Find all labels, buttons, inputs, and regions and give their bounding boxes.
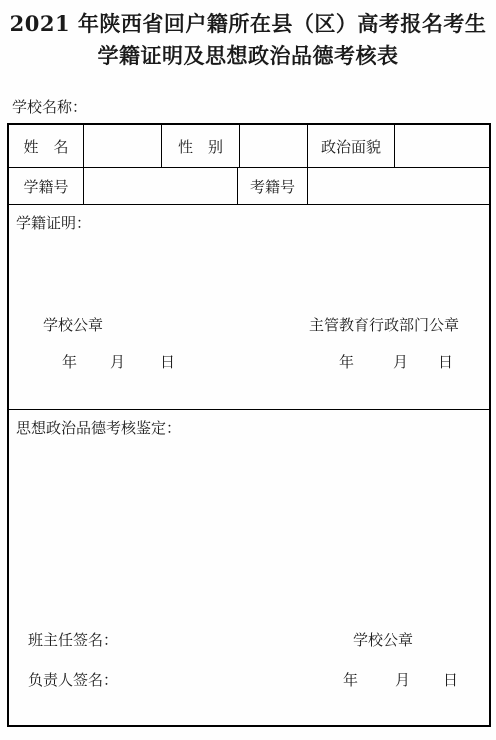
day-label: 日 bbox=[443, 669, 458, 690]
head-teacher-signature-field: 班主任签名： bbox=[28, 629, 118, 650]
political-status-label: 政治面貌 bbox=[308, 125, 395, 167]
month-label: 月 bbox=[395, 669, 410, 690]
enrollment-date-right: 年 月 日 bbox=[9, 351, 489, 371]
gender-value-cell bbox=[240, 125, 308, 167]
document-title-line1: 2021 年陕西省回户籍所在县（区）高考报名考生 bbox=[0, 8, 496, 40]
school-name-label: 学校名称： bbox=[12, 98, 87, 116]
enrollment-certificate-section: 学籍证明： 学校公章 主管教育行政部门公章 年 月 日 年 月 日 bbox=[9, 205, 489, 410]
exam-id-value-cell bbox=[308, 168, 489, 204]
document-title: 2021 年陕西省回户籍所在县（区）高考报名考生 学籍证明及思想政治品德考核表 bbox=[0, 8, 496, 72]
day-label: 日 bbox=[438, 351, 453, 372]
name-label: 姓 名 bbox=[9, 125, 84, 167]
assessment-date: 年 月 日 bbox=[9, 669, 489, 689]
enrollment-certificate-heading: 学籍证明： bbox=[16, 212, 91, 233]
authority-seal-label: 主管教育行政部门公章 bbox=[309, 314, 459, 335]
school-seal-label: 学校公章 bbox=[353, 629, 413, 650]
document-title-line2: 学籍证明及思想政治品德考核表 bbox=[0, 40, 496, 72]
moral-assessment-heading: 思想政治品德考核鉴定： bbox=[16, 417, 181, 438]
month-label: 月 bbox=[393, 351, 408, 372]
name-value-cell bbox=[84, 125, 162, 167]
year-label: 年 bbox=[343, 669, 358, 690]
school-name-field: 学校名称： bbox=[12, 96, 87, 117]
student-id-label: 学籍号 bbox=[9, 168, 84, 204]
form-table: 姓 名 性 别 政治面貌 学籍号 考籍号 学籍证明： 学校公章 主管教育行政部门… bbox=[7, 123, 491, 727]
moral-assessment-section: 思想政治品德考核鉴定： 班主任签名： 学校公章 负责人签名： 年 月 日 bbox=[9, 410, 489, 725]
student-id-value-cell bbox=[84, 168, 238, 204]
year-label: 年 bbox=[339, 351, 354, 372]
table-row-id-numbers: 学籍号 考籍号 bbox=[9, 168, 489, 205]
political-status-value-cell bbox=[395, 125, 489, 167]
head-teacher-signature-label: 班主任签名： bbox=[28, 631, 118, 649]
exam-id-label: 考籍号 bbox=[238, 168, 308, 204]
scanned-form-document: 2021 年陕西省回户籍所在县（区）高考报名考生 学籍证明及思想政治品德考核表 … bbox=[0, 0, 496, 740]
table-row-personal-info: 姓 名 性 别 政治面貌 bbox=[9, 125, 489, 168]
gender-label: 性 别 bbox=[162, 125, 240, 167]
school-seal-label: 学校公章 bbox=[43, 314, 103, 335]
